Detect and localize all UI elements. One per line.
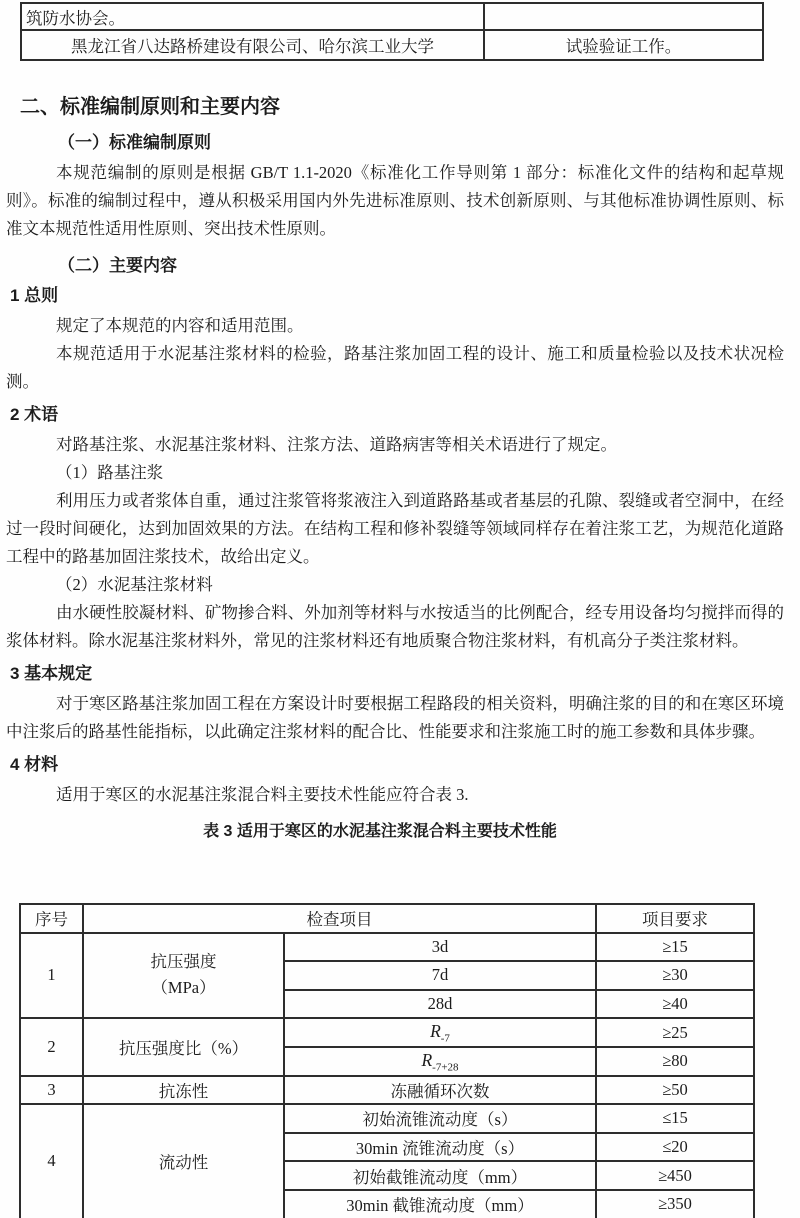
table-cell: 抗压强度 （MPa） bbox=[83, 933, 284, 1019]
table-row: 筑防水协会。 bbox=[21, 3, 763, 30]
table-cell: 2 bbox=[20, 1018, 83, 1075]
table-cell: ≥450 bbox=[596, 1161, 754, 1190]
table-cell: 黑龙江省八达路桥建设有限公司、哈尔滨工业大学 bbox=[21, 30, 484, 60]
paragraph: 对于寒区路基注浆加固工程在方案设计时要根据工程路段的相关资料，明确注浆的目的和在… bbox=[6, 690, 784, 746]
paragraph: 对路基注浆、水泥基注浆材料、注浆方法、道路病害等相关术语进行了规定。 bbox=[6, 431, 784, 459]
table-cell: 筑防水协会。 bbox=[21, 3, 484, 30]
table-row: 3 抗冻性 冻融循环次数 ≥50 bbox=[20, 1076, 754, 1105]
table-cell: ≥30 bbox=[596, 961, 754, 990]
subsection-heading: （一）标准编制原则 bbox=[58, 131, 784, 154]
table-cell: 3d bbox=[284, 933, 596, 962]
table-cell: ≥25 bbox=[596, 1018, 754, 1047]
table-header-row: 序号 检查项目 项目要求 bbox=[20, 904, 754, 933]
table-cell: ≥80 bbox=[596, 1047, 754, 1076]
paragraph: 本规范适用于水泥基注浆材料的检验，路基注浆加固工程的设计、施工和质量检验以及技术… bbox=[6, 340, 784, 396]
paragraph: 适用于寒区的水泥基注浆混合料主要技术性能应符合表 3. bbox=[6, 781, 784, 809]
math-symbol: R bbox=[430, 1021, 441, 1041]
header-cell: 项目要求 bbox=[596, 904, 754, 933]
table-cell: 抗压强度比（%） bbox=[83, 1018, 284, 1075]
table-cell: R-7+28 bbox=[284, 1047, 596, 1076]
subsection-heading: （二）主要内容 bbox=[58, 254, 784, 277]
paragraph: 本规范编制的原则是根据 GB/T 1.1-2020《标准化工作导则第 1 部分：… bbox=[6, 159, 784, 243]
table-cell: 4 bbox=[20, 1104, 83, 1218]
table-cell: 流动性 bbox=[83, 1104, 284, 1218]
table-row: 4 流动性 初始流锥流动度（s） ≤15 bbox=[20, 1104, 754, 1133]
table-cell: 30min 流锥流动度（s） bbox=[284, 1133, 596, 1162]
table-cell: 30min 截锥流动度（mm） bbox=[284, 1190, 596, 1218]
math-symbol: R bbox=[421, 1050, 432, 1070]
table-cell: 试验验证工作。 bbox=[484, 30, 763, 60]
math-subscript: -7+28 bbox=[432, 1061, 458, 1073]
table-cell: 抗冻性 bbox=[83, 1076, 284, 1105]
paragraph: 由水硬性胶凝材料、矿物掺合料、外加剂等材料与水按适当的比例配合，经专用设备均匀搅… bbox=[6, 599, 784, 655]
table-cell: 冻融循环次数 bbox=[284, 1076, 596, 1105]
table-cell: 7d bbox=[284, 961, 596, 990]
table-cell: 28d bbox=[284, 990, 596, 1019]
header-cell: 检查项目 bbox=[83, 904, 596, 933]
paragraph: 规定了本规范的内容和适用范围。 bbox=[6, 312, 784, 340]
math-subscript: -7 bbox=[441, 1032, 450, 1044]
document-page: 筑防水协会。 黑龙江省八达路桥建设有限公司、哈尔滨工业大学 试验验证工作。 二、… bbox=[0, 0, 800, 1218]
table-cell: 初始流锥流动度（s） bbox=[284, 1104, 596, 1133]
clause-heading: 4 材料 bbox=[10, 753, 784, 776]
table-row: 1 抗压强度 （MPa） 3d ≥15 bbox=[20, 933, 754, 962]
header-cell: 序号 bbox=[20, 904, 83, 933]
table-cell: ≥15 bbox=[596, 933, 754, 962]
table-row: 2 抗压强度比（%） R-7 ≥25 bbox=[20, 1018, 754, 1047]
table-cell: 3 bbox=[20, 1076, 83, 1105]
previous-section-table: 筑防水协会。 黑龙江省八达路桥建设有限公司、哈尔滨工业大学 试验验证工作。 bbox=[20, 2, 764, 61]
paragraph: 利用压力或者浆体自重，通过注浆管将浆液注入到道路路基或者基层的孔隙、裂缝或者空洞… bbox=[6, 487, 784, 571]
table-cell bbox=[484, 3, 763, 30]
table-cell: ≤15 bbox=[596, 1104, 754, 1133]
paragraph: （2）水泥基注浆材料 bbox=[6, 571, 784, 599]
section-title: 二、标准编制原则和主要内容 bbox=[20, 94, 784, 120]
text-column: 二、标准编制原则和主要内容 （一）标准编制原则 本规范编制的原则是根据 GB/T… bbox=[0, 64, 800, 842]
table-cell: ≥40 bbox=[596, 990, 754, 1019]
clause-heading: 2 术语 bbox=[10, 403, 784, 426]
table-cell: R-7 bbox=[284, 1018, 596, 1047]
table-row: 黑龙江省八达路桥建设有限公司、哈尔滨工业大学 试验验证工作。 bbox=[21, 30, 763, 60]
clause-heading: 3 基本规定 bbox=[10, 662, 784, 685]
table-cell: ≤20 bbox=[596, 1133, 754, 1162]
paragraph: （1）路基注浆 bbox=[6, 459, 784, 487]
table3-technical-requirements: 序号 检查项目 项目要求 1 抗压强度 （MPa） 3d ≥15 7d ≥30 … bbox=[19, 903, 755, 1218]
table3-caption: 表 3 适用于寒区的水泥基注浆混合料主要技术性能 bbox=[6, 822, 754, 842]
table-cell: 1 bbox=[20, 933, 83, 1019]
table-cell: 初始截锥流动度（mm） bbox=[284, 1161, 596, 1190]
table-cell: ≥50 bbox=[596, 1076, 754, 1105]
clause-heading: 1 总则 bbox=[10, 284, 784, 307]
table-cell: ≥350 bbox=[596, 1190, 754, 1218]
